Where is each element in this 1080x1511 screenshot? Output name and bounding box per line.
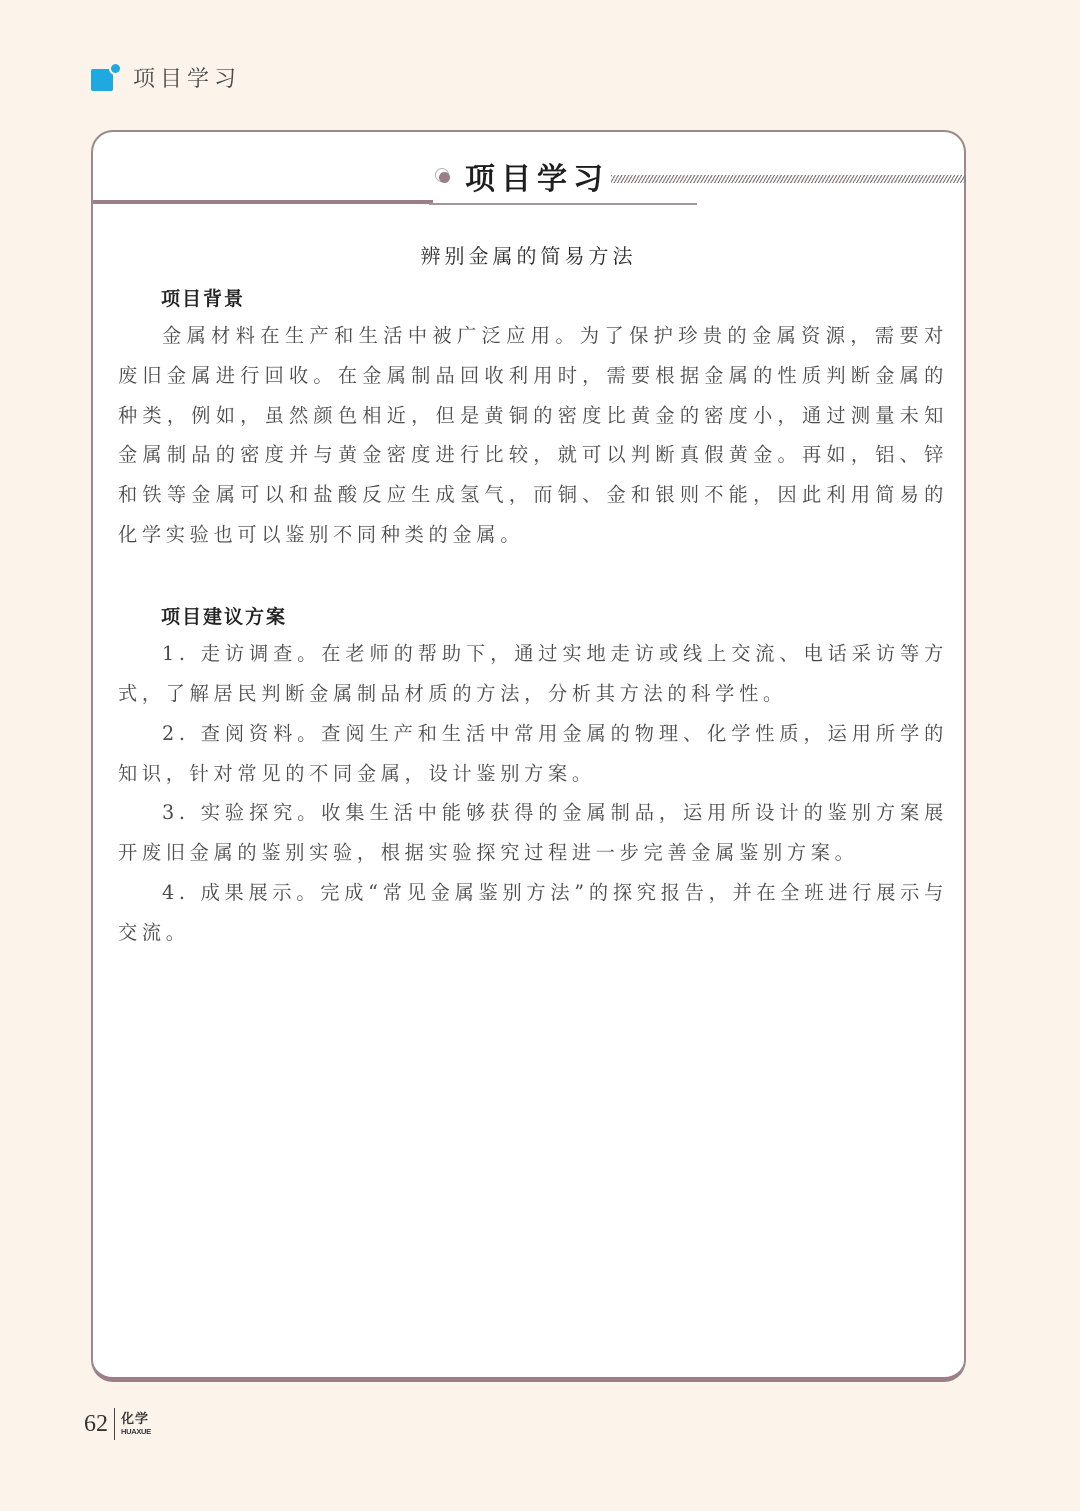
subject-label: 化学 HUAXUE <box>121 1413 151 1436</box>
content-card: 项目学习 辨别金属的简易方法 项目背景 金属材料在生产和生活中被广泛应用。为了保… <box>91 130 966 1382</box>
document-title: 辨别金属的简易方法 <box>93 240 964 269</box>
banner-title: 项目学习 <box>465 154 609 198</box>
proposal-item-1: 1. 走访调查。在老师的帮助下，通过实地走访或线上交流、电话采访等方式，了解居民… <box>118 634 948 714</box>
background-paragraph: 金属材料在生产和生活中被广泛应用。为了保护珍贵的金属资源，需要对废旧金属进行回收… <box>118 316 948 555</box>
section-heading-background: 项目背景 <box>161 284 245 311</box>
page-header: 项目学习 <box>91 62 241 93</box>
banner-divider-left <box>93 200 433 204</box>
proposal-item-4: 4. 成果展示。完成“常见金属鉴别方法”的探究报告，并在全班进行展示与交流。 <box>118 873 948 953</box>
card-banner: 项目学习 <box>93 132 964 210</box>
page-number: 62 <box>84 1411 108 1438</box>
header-title: 项目学习 <box>133 62 241 93</box>
page-footer: 62 化学 HUAXUE <box>84 1408 151 1440</box>
proposal-item-2: 2. 查阅资料。查阅生产和生活中常用金属的物理、化学性质，运用所学的知识，针对常… <box>118 714 948 794</box>
banner-divider-right <box>429 203 697 205</box>
blue-square-dot-icon <box>91 65 117 91</box>
footer-divider <box>114 1408 115 1440</box>
hatched-rule <box>611 175 966 183</box>
banner-title-group: 项目学习 <box>435 154 609 198</box>
circle-bullet-icon <box>435 168 451 184</box>
proposal-item-3: 3. 实验探究。收集生活中能够获得的金属制品，运用所设计的鉴别方案展开废旧金属的… <box>118 793 948 873</box>
subject-cn: 化学 <box>121 1413 151 1426</box>
section-heading-proposal: 项目建议方案 <box>161 602 287 629</box>
subject-en: HUAXUE <box>121 1428 151 1436</box>
